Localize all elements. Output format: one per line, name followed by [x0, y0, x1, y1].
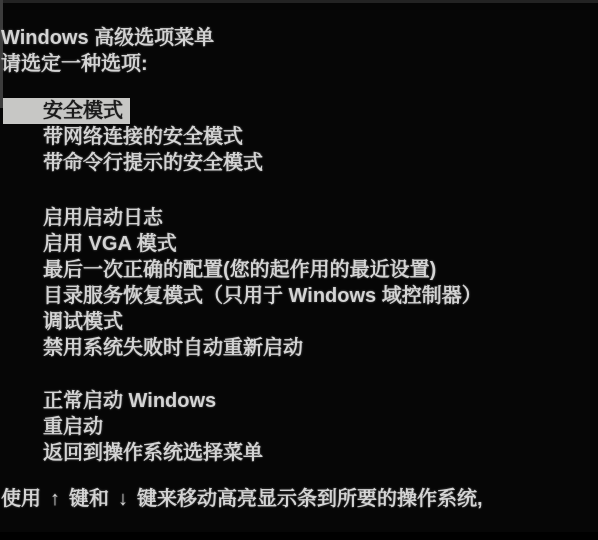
hint-middle: 键和	[69, 488, 109, 510]
menu-item-debugging-mode[interactable]: 调试模式	[0, 309, 482, 335]
menu-item-safe-mode-with-networking[interactable]: 带网络连接的安全模式	[0, 124, 482, 150]
menu-item-disable-automatic-restart[interactable]: 禁用系统失败时自动重新启动	[0, 335, 482, 361]
menu-group-safe-modes: 安全模式 带网络连接的安全模式 带命令行提示的安全模式	[0, 98, 482, 176]
navigation-hint: 使用↑键和↓键来移动高亮显示条到所要的操作系统,	[1, 486, 483, 512]
menu-item-last-known-good-configuration[interactable]: 最后一次正确的配置(您的起作用的最近设置)	[0, 257, 482, 283]
boot-options-menu: 安全模式 带网络连接的安全模式 带命令行提示的安全模式 启用启动日志 启用 VG…	[0, 98, 482, 466]
hint-prefix: 使用	[1, 488, 41, 510]
hint-suffix: 键来移动高亮显示条到所要的操作系统,	[137, 488, 483, 510]
up-arrow-icon: ↑	[50, 486, 60, 512]
menu-item-return-to-os-choices-menu[interactable]: 返回到操作系统选择菜单	[0, 440, 482, 466]
menu-group-advanced-boot: 启用启动日志 启用 VGA 模式 最后一次正确的配置(您的起作用的最近设置) 目…	[0, 205, 482, 361]
menu-item-safe-mode[interactable]: 安全模式	[3, 98, 130, 124]
page-title: Windows 高级选项菜单	[1, 25, 214, 51]
menu-item-directory-services-restore-mode[interactable]: 目录服务恢复模式（只用于 Windows 域控制器）	[0, 283, 482, 309]
menu-item-safe-mode-with-command-prompt[interactable]: 带命令行提示的安全模式	[0, 150, 482, 176]
down-arrow-icon: ↓	[118, 486, 128, 512]
menu-item-enable-vga-mode[interactable]: 启用 VGA 模式	[0, 231, 482, 257]
screen-bottom-edge-artifact	[0, 532, 598, 540]
menu-item-enable-boot-logging[interactable]: 启用启动日志	[0, 205, 482, 231]
menu-group-normal-start: 正常启动 Windows 重启动 返回到操作系统选择菜单	[0, 388, 482, 466]
menu-item-start-windows-normally[interactable]: 正常启动 Windows	[0, 388, 482, 414]
menu-item-reboot[interactable]: 重启动	[0, 414, 482, 440]
boot-screen: Windows 高级选项菜单 请选定一种选项: 安全模式 带网络连接的安全模式 …	[0, 0, 598, 540]
menu-header: Windows 高级选项菜单 请选定一种选项:	[1, 25, 214, 77]
menu-prompt: 请选定一种选项:	[1, 51, 214, 77]
screen-top-edge-artifact	[0, 0, 598, 3]
